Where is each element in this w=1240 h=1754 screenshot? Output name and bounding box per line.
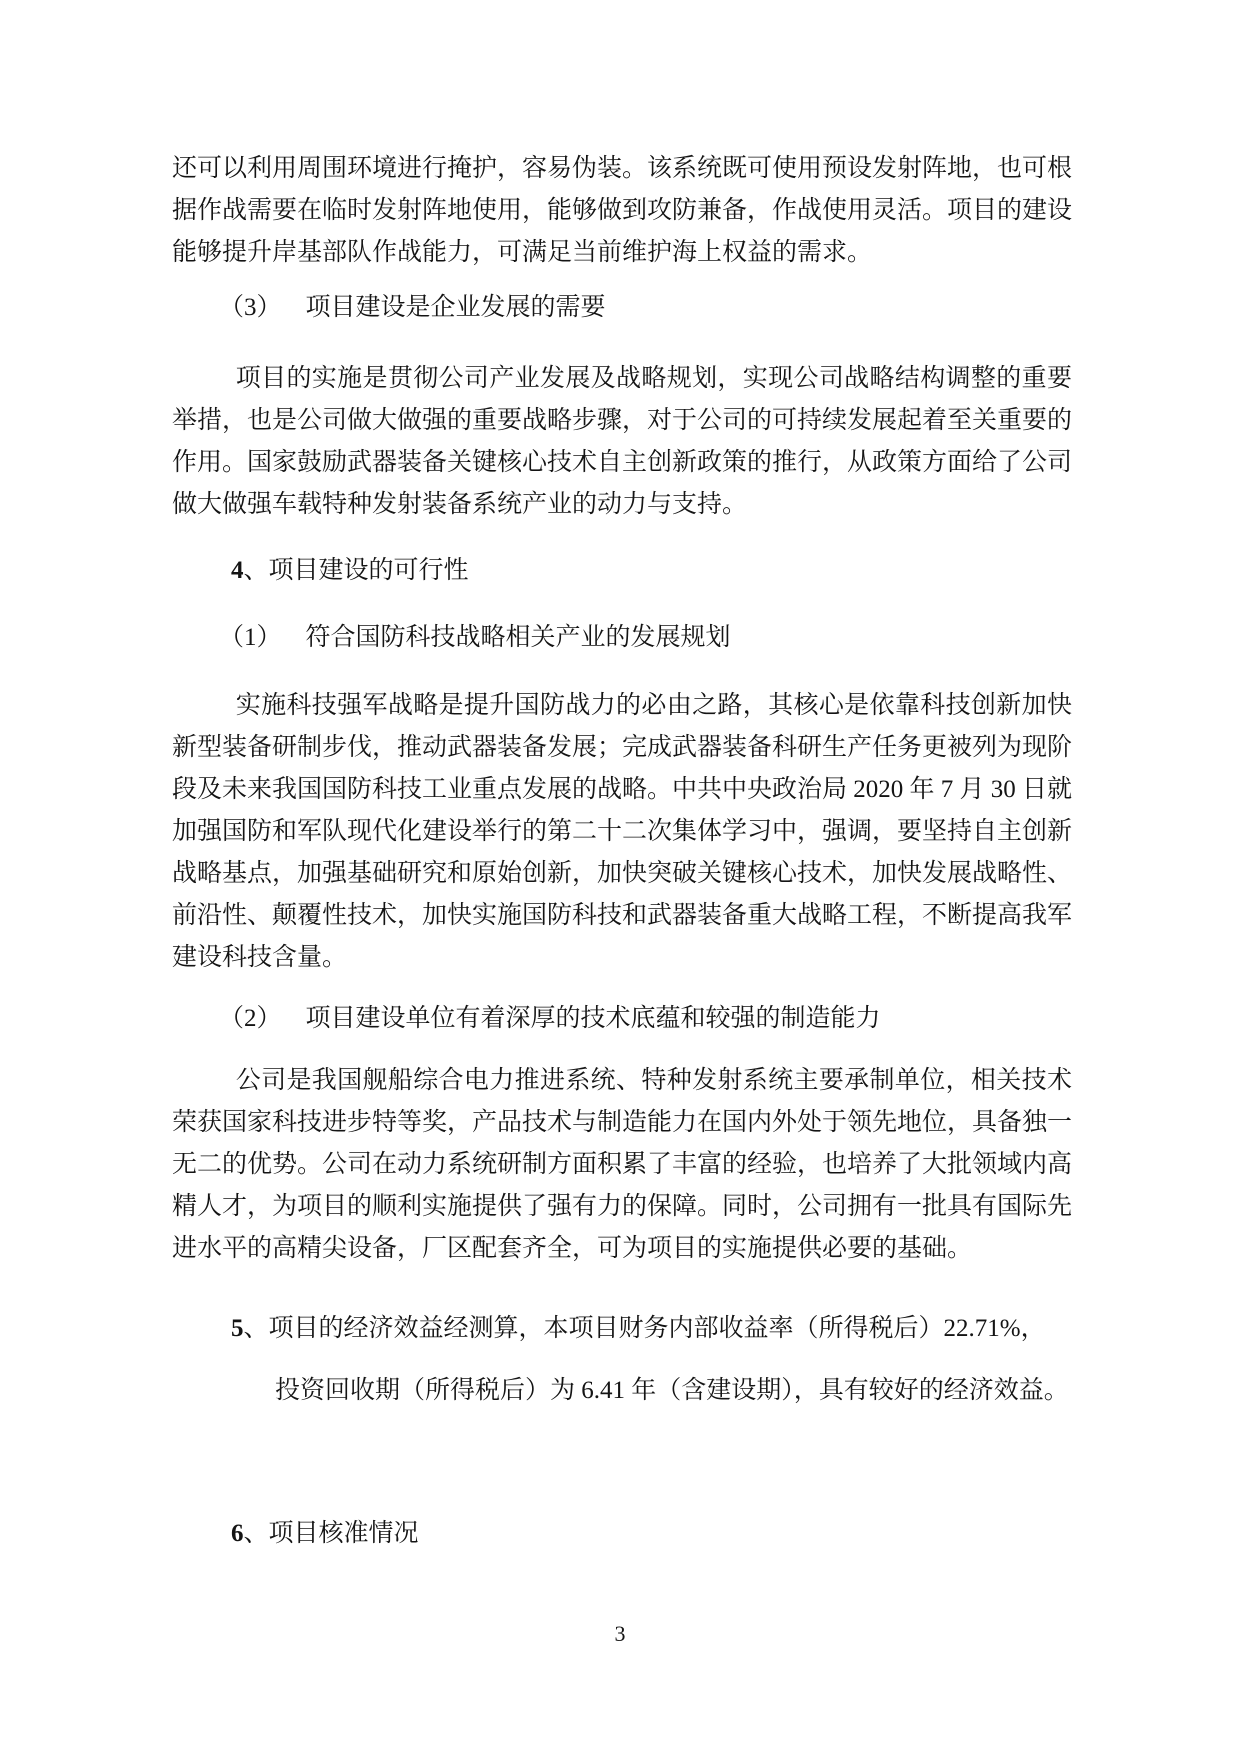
list-item-5-number: 5 (231, 1315, 244, 1342)
heading-item-4-2-label: （2） (219, 1005, 282, 1032)
list-item-5-continuation: 投资回收期（所得税后）为 6.41 年（含建设期），具有较好的经济效益。 (172, 1370, 1072, 1412)
continuation-paragraph: 还可以利用周围环境进行掩护，容易伪装。该系统既可使用预设发射阵地，也可根据作战需… (172, 148, 1072, 274)
paragraph-development: 项目的实施是贯彻公司产业发展及战略规划，实现公司战略结构调整的重要举措，也是公司… (172, 358, 1072, 526)
heading-item-4-1-title: 符合国防科技战略相关产业的发展规划 (306, 624, 731, 651)
heading-item-3-label: （3） (219, 294, 282, 321)
heading-item-4-1-label: （1） (219, 624, 282, 651)
heading-item-4-2: （2）项目建设单位有着深厚的技术底蕴和较强的制造能力 (172, 998, 1072, 1040)
heading-item-3: （3）项目建设是企业发展的需要 (172, 287, 1072, 329)
paragraph-company: 公司是我国舰船综合电力推进系统、特种发射系统主要承制单位，相关技术荣获国家科技进… (172, 1060, 1072, 1270)
heading-item-4-2-title: 项目建设单位有着深厚的技术底蕴和较强的制造能力 (306, 1005, 881, 1032)
heading-item-4-1: （1）符合国防科技战略相关产业的发展规划 (172, 617, 1072, 659)
heading-section-4-title: 项目建设的可行性 (269, 557, 469, 584)
list-item-5-punct: 、 (244, 1315, 269, 1342)
heading-section-6-number: 6 (231, 1520, 244, 1547)
heading-section-6-punct: 、 (244, 1520, 269, 1547)
heading-section-4-number: 4 (231, 557, 244, 584)
heading-section-4: 4、项目建设的可行性 (172, 550, 1072, 592)
heading-section-6-title: 项目核准情况 (269, 1520, 419, 1547)
list-item-5: 5、项目的经济效益经测算，本项目财务内部收益率（所得税后）22.71%， (172, 1308, 1072, 1350)
heading-item-3-title: 项目建设是企业发展的需要 (306, 294, 606, 321)
heading-section-4-punct: 、 (244, 557, 269, 584)
paragraph-strategy: 实施科技强军战略是提升国防战力的必由之路，其核心是依靠科技创新加快新型装备研制步… (172, 685, 1072, 979)
list-item-5-text: 项目的经济效益经测算，本项目财务内部收益率（所得税后）22.71%， (269, 1315, 1046, 1342)
document-page: 还可以利用周围环境进行掩护，容易伪装。该系统既可使用预设发射阵地，也可根据作战需… (0, 0, 1240, 1754)
page-number: 3 (0, 1620, 1240, 1648)
text-column: 还可以利用周围环境进行掩护，容易伪装。该系统既可使用预设发射阵地，也可根据作战需… (172, 148, 1072, 1555)
heading-section-6: 6、项目核准情况 (172, 1513, 1072, 1555)
